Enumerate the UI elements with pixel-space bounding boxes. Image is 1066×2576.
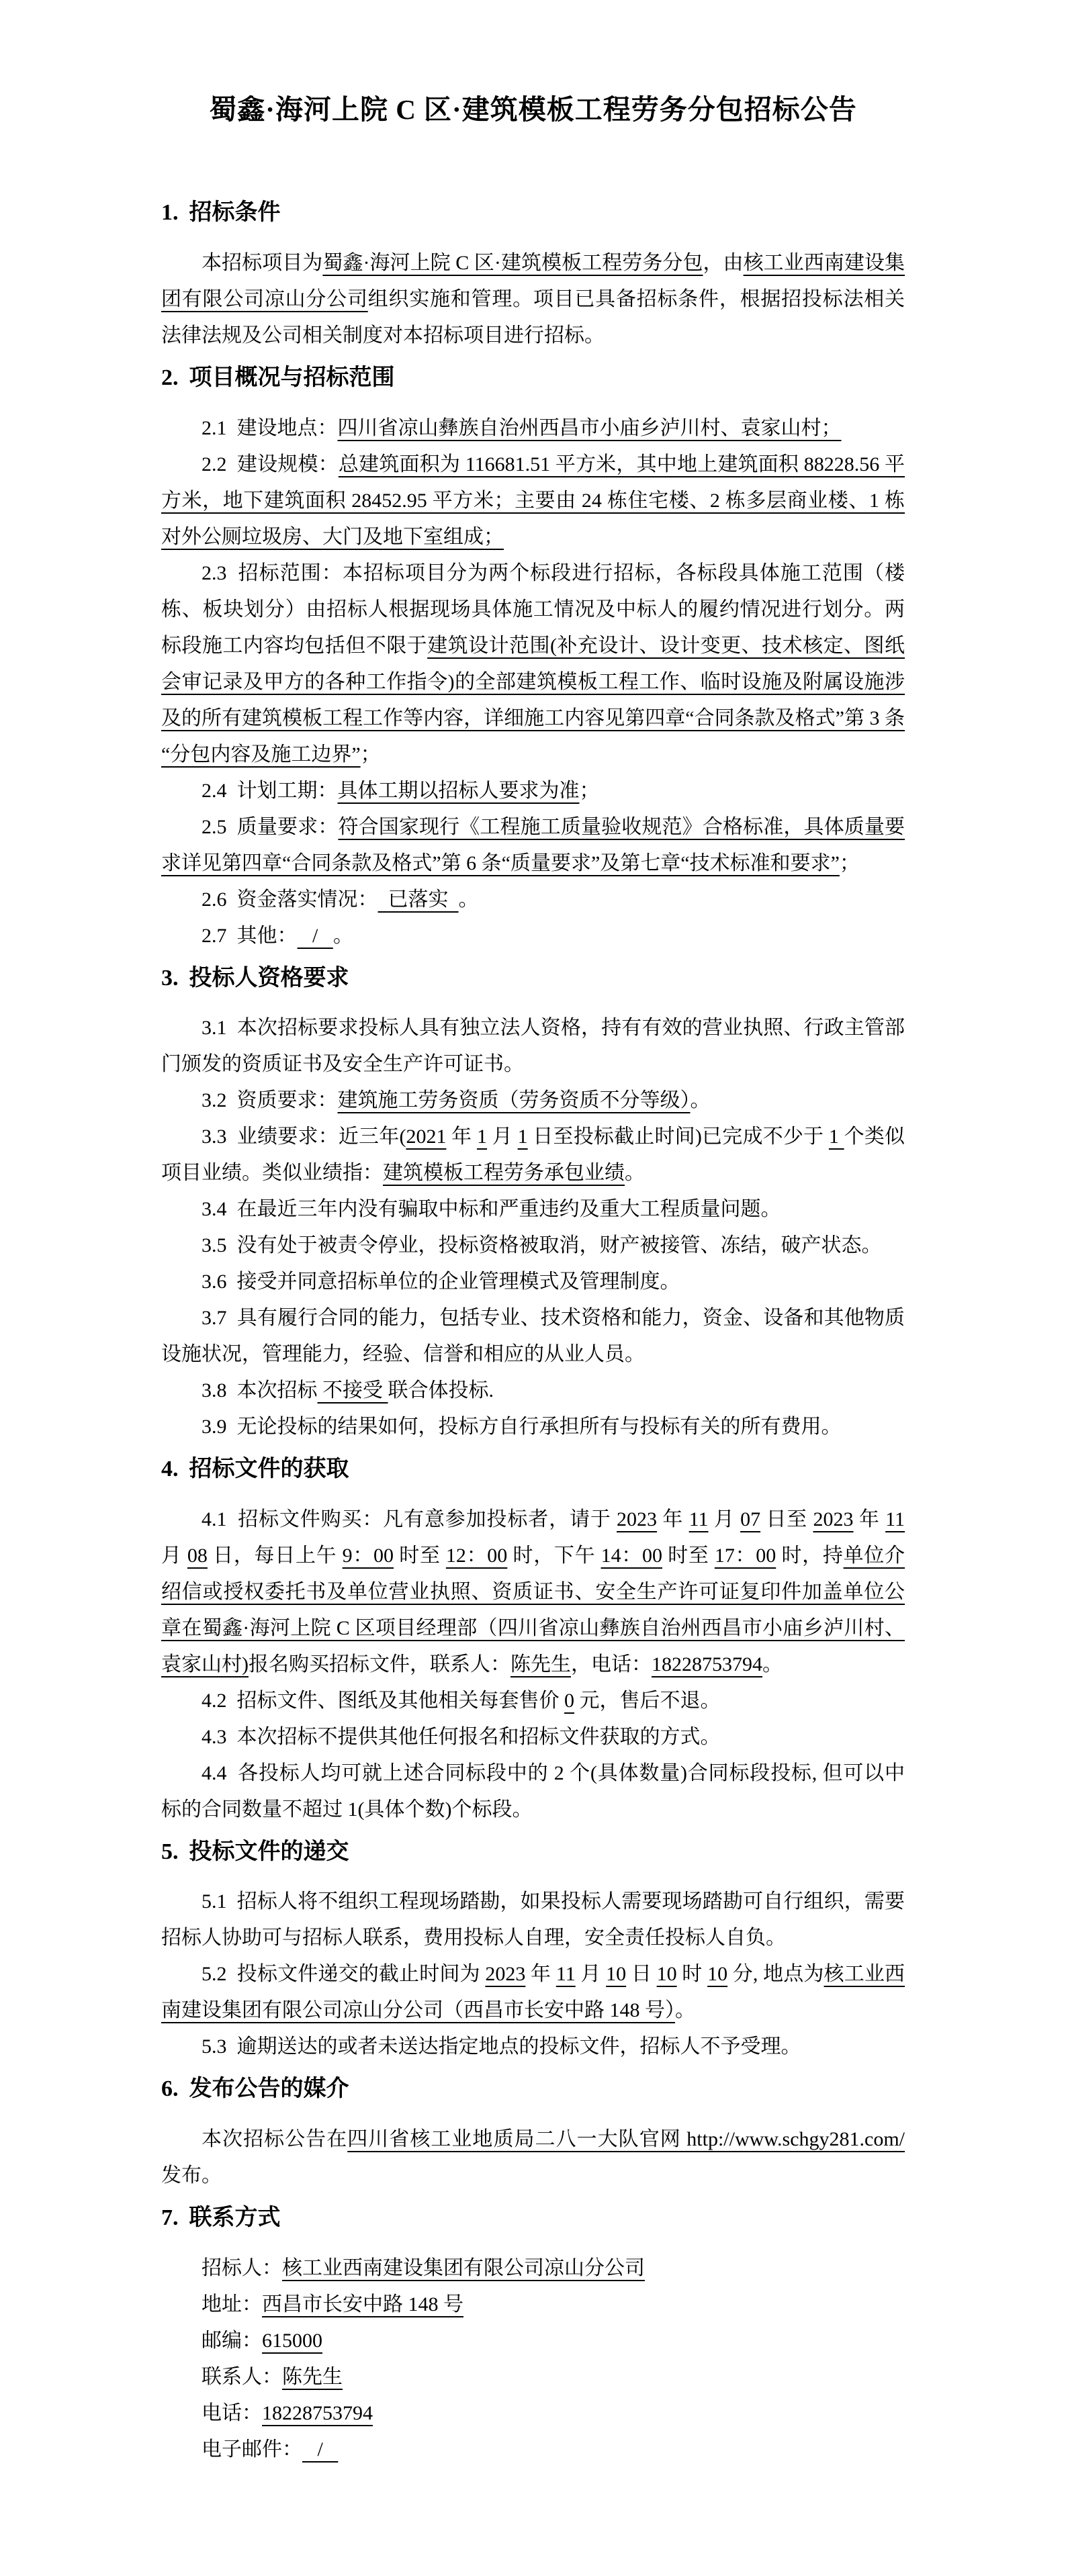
text-run: 。 bbox=[625, 1162, 645, 1184]
paragraph: 3.5 没有处于被责令停业，投标资格被取消，财产被接管、冻结，破产状态。 bbox=[161, 1228, 905, 1264]
underlined-text-run: 1 bbox=[829, 1125, 844, 1148]
text-run: 3.6 接受并同意招标单位的企业管理模式及管理制度。 bbox=[202, 1271, 680, 1293]
underlined-text-run: 12：00 bbox=[446, 1545, 507, 1567]
underlined-text-run: 1 bbox=[518, 1125, 528, 1148]
underlined-text-run: 9：00 bbox=[343, 1545, 394, 1567]
text-run: ； bbox=[361, 743, 381, 766]
text-run: 3.8 本次招标 bbox=[202, 1379, 318, 1401]
underlined-text-run: 11 bbox=[885, 1508, 905, 1530]
underlined-text-run: 2023 bbox=[813, 1508, 854, 1530]
paragraph: 3.7 具有履行合同的能力，包括专业、技术资格和能力，资金、设备和其他物质设施状… bbox=[161, 1300, 905, 1373]
document-body: 1.招标条件本招标项目为蜀鑫·海河上院 C 区·建筑模板工程劳务分包，由核工业西… bbox=[161, 197, 905, 2467]
text-run: 日，每日上午 bbox=[208, 1545, 343, 1567]
section-number: 4. bbox=[161, 1457, 179, 1481]
text-run: 。 bbox=[675, 1999, 695, 2021]
paragraph: 3.1 本次招标要求投标人具有独立法人资格，持有有效的营业执照、行政主管部门颁发… bbox=[161, 1010, 905, 1083]
underlined-text-run: 陈先生 bbox=[510, 1653, 571, 1675]
text-run: 地址： bbox=[202, 2293, 262, 2315]
text-run: 年 bbox=[446, 1125, 477, 1148]
paragraph: 电话：18228753794 bbox=[161, 2395, 905, 2432]
text-run: 月 bbox=[576, 1963, 606, 1985]
underlined-text-run: 2021 bbox=[406, 1125, 446, 1148]
text-run: ，由 bbox=[703, 252, 744, 274]
text-run: 3.3 业绩要求：近三年( bbox=[202, 1125, 406, 1148]
paragraph: 联系人：陈先生 bbox=[161, 2359, 905, 2395]
text-run: 元，售后不退。 bbox=[574, 1690, 721, 1712]
section-title: 招标条件 bbox=[189, 199, 281, 225]
section-heading: 4.招标文件的获取 bbox=[161, 1453, 905, 1485]
text-run: 3.2 资质要求： bbox=[202, 1089, 338, 1111]
text-run: 日 bbox=[626, 1963, 656, 1985]
section-title: 项目概况与招标范围 bbox=[189, 365, 395, 390]
text-run: 3.5 没有处于被责令停业，投标资格被取消，财产被接管、冻结，破产状态。 bbox=[202, 1234, 882, 1256]
paragraph: 邮编：615000 bbox=[161, 2323, 905, 2359]
paragraph: 4.1 招标文件购买：凡有意参加投标者，请于 2023 年 11 月 07 日至… bbox=[161, 1502, 905, 1683]
underlined-text-run: 1 bbox=[477, 1125, 487, 1148]
underlined-text-run: 已落实 bbox=[378, 888, 459, 911]
text-run: 报名购买招标文件，联系人： bbox=[249, 1653, 510, 1675]
underlined-text-run: / bbox=[298, 925, 333, 947]
underlined-text-run: 11 bbox=[556, 1963, 576, 1985]
underlined-text-run: 10 bbox=[606, 1963, 626, 1985]
underlined-text-run: 陈先生 bbox=[282, 2366, 343, 2388]
underlined-text-run: 18228753794 bbox=[262, 2402, 373, 2424]
underlined-text-run: 不接受 bbox=[318, 1379, 388, 1401]
paragraph: 2.5 质量要求：符合国家现行《工程施工质量验收规范》合格标准，具体质量要求详见… bbox=[161, 809, 905, 882]
section-heading: 6.发布公告的媒介 bbox=[161, 2073, 905, 2105]
text-run: 发布。 bbox=[161, 2164, 222, 2187]
paragraph: 2.4 计划工期：具体工期以招标人要求为准； bbox=[161, 773, 905, 809]
text-run: 。 bbox=[333, 925, 353, 947]
text-run: 5.3 逾期送达的或者未送达指定地点的投标文件，招标人不予受理。 bbox=[202, 2035, 801, 2058]
text-run: 时，下午 bbox=[507, 1545, 601, 1567]
text-run: 。 bbox=[691, 1089, 711, 1111]
section-number: 5. bbox=[161, 1839, 179, 1864]
underlined-text-run: 10 bbox=[657, 1963, 677, 1985]
paragraph: 电子邮件： / bbox=[161, 2432, 905, 2468]
text-run: 时至 bbox=[394, 1545, 446, 1567]
section-heading: 5.投标文件的递交 bbox=[161, 1836, 905, 1868]
section-title: 投标文件的递交 bbox=[189, 1839, 349, 1864]
text-run: ，电话： bbox=[571, 1653, 652, 1675]
text-run: 2.1 建设地点： bbox=[202, 417, 338, 439]
page-title: 蜀鑫·海河上院 C 区·建筑模板工程劳务分包招标公告 bbox=[161, 91, 905, 128]
paragraph: 3.8 本次招标 不接受 联合体投标. bbox=[161, 1373, 905, 1409]
paragraph: 本次招标公告在四川省核工业地质局二八一大队官网 http://www.schgy… bbox=[161, 2121, 905, 2194]
text-run: 联系人： bbox=[202, 2366, 282, 2388]
underlined-text-run: 11 bbox=[689, 1508, 709, 1530]
text-run: 电话： bbox=[202, 2402, 262, 2424]
underlined-text-run: 0 bbox=[564, 1690, 574, 1712]
paragraph: 2.2 建设规模：总建筑面积为 116681.51 平方米，其中地上建筑面积 8… bbox=[161, 447, 905, 555]
paragraph: 5.3 逾期送达的或者未送达指定地点的投标文件，招标人不予受理。 bbox=[161, 2029, 905, 2065]
text-run: 3.4 在最近三年内没有骗取中标和严重违约及重大工程质量问题。 bbox=[202, 1198, 781, 1220]
underlined-text-run: 四川省核工业地质局二八一大队官网 http://www.schgy281.com… bbox=[347, 2128, 905, 2150]
section-number: 1. bbox=[161, 200, 179, 225]
text-run: 电子邮件： bbox=[202, 2438, 302, 2460]
section-title: 联系方式 bbox=[189, 2205, 281, 2230]
text-run: 3.1 本次招标要求投标人具有独立法人资格，持有有效的营业执照、行政主管部门颁发… bbox=[161, 1017, 905, 1075]
underlined-text-run: 18228753794 bbox=[652, 1653, 762, 1675]
paragraph: 2.6 资金落实情况： 已落实 。 bbox=[161, 882, 905, 918]
section-title: 投标人资格要求 bbox=[189, 965, 349, 991]
text-run: ； bbox=[580, 780, 600, 802]
underlined-text-run: 615000 bbox=[262, 2330, 322, 2352]
paragraph: 4.2 招标文件、图纸及其他相关每套售价 0 元，售后不退。 bbox=[161, 1683, 905, 1719]
section-title: 发布公告的媒介 bbox=[189, 2076, 349, 2101]
text-run: 时至 bbox=[662, 1545, 715, 1567]
underlined-text-run: 具体工期以招标人要求为准 bbox=[338, 780, 580, 802]
text-run: ； bbox=[840, 852, 860, 874]
document-page: 蜀鑫·海河上院 C 区·建筑模板工程劳务分包招标公告 1.招标条件本招标项目为蜀… bbox=[0, 0, 1066, 2576]
section-heading: 2.项目概况与招标范围 bbox=[161, 362, 905, 394]
text-run: 4.3 本次招标不提供其他任何报名和招标文件获取的方式。 bbox=[202, 1726, 721, 1748]
text-run: 2.7 其他： bbox=[202, 925, 298, 947]
paragraph: 5.1 招标人将不组织工程现场踏勘，如果投标人需要现场踏勘可自行组织，需要招标人… bbox=[161, 1884, 905, 1956]
section-number: 6. bbox=[161, 2076, 179, 2101]
underlined-text-run: 建筑施工劳务资质（劳务资质不分等级） bbox=[338, 1089, 691, 1111]
text-run: 时 bbox=[677, 1963, 707, 1985]
underlined-text-run: 10 bbox=[707, 1963, 727, 1985]
underlined-text-run: / bbox=[302, 2438, 338, 2460]
text-run: 邮编： bbox=[202, 2330, 262, 2352]
text-run: 分, 地点为 bbox=[727, 1963, 824, 1985]
text-run: 。 bbox=[459, 888, 479, 911]
text-run: 2.2 建设规模： bbox=[202, 453, 339, 475]
paragraph: 地址：西昌市长安中路 148 号 bbox=[161, 2287, 905, 2323]
text-run: 招标人： bbox=[202, 2257, 282, 2279]
section-number: 3. bbox=[161, 966, 179, 991]
underlined-text-run: 西昌市长安中路 148 号 bbox=[262, 2293, 463, 2315]
text-run: 日至 bbox=[760, 1508, 813, 1530]
paragraph: 3.4 在最近三年内没有骗取中标和严重违约及重大工程质量问题。 bbox=[161, 1191, 905, 1228]
text-run: 5.2 投标文件递交的截止时间为 bbox=[202, 1963, 485, 1985]
paragraph: 2.1 建设地点：四川省凉山彝族自治州西昌市小庙乡泸川村、袁家山村； bbox=[161, 410, 905, 447]
text-run: 。 bbox=[762, 1653, 783, 1675]
paragraph: 4.4 各投标人均可就上述合同标段中的 2 个(具体数量)合同标段投标, 但可以… bbox=[161, 1755, 905, 1828]
paragraph: 2.3 招标范围：本招标项目分为两个标段进行招标，各标段具体施工范围（楼栋、板块… bbox=[161, 555, 905, 773]
underlined-text-run: 核工业西南建设集团有限公司凉山分公司 bbox=[282, 2257, 645, 2279]
section-number: 7. bbox=[161, 2205, 179, 2230]
paragraph: 3.6 接受并同意招标单位的企业管理模式及管理制度。 bbox=[161, 1264, 905, 1300]
text-run: 时，持 bbox=[776, 1545, 843, 1567]
text-run: 2.6 资金落实情况： bbox=[202, 888, 378, 911]
text-run: 2.4 计划工期： bbox=[202, 780, 338, 802]
text-run: 年 bbox=[525, 1963, 556, 1985]
text-run: 5.1 招标人将不组织工程现场踏勘，如果投标人需要现场踏勘可自行组织，需要招标人… bbox=[161, 1890, 905, 1949]
paragraph: 3.3 业绩要求：近三年(2021 年 1 月 1 日至投标截止时间)已完成不少… bbox=[161, 1119, 905, 1191]
text-run: 月 bbox=[709, 1508, 741, 1530]
text-run: 3.9 无论投标的结果如何，投标方自行承担所有与投标有关的所有费用。 bbox=[202, 1416, 842, 1438]
text-run: 年 bbox=[854, 1508, 886, 1530]
text-run: 本次招标公告在 bbox=[202, 2128, 347, 2150]
underlined-text-run: 08 bbox=[187, 1545, 208, 1567]
paragraph: 3.9 无论投标的结果如何，投标方自行承担所有与投标有关的所有费用。 bbox=[161, 1409, 905, 1445]
text-run: 2.5 质量要求： bbox=[202, 816, 338, 838]
paragraph: 3.2 资质要求：建筑施工劳务资质（劳务资质不分等级）。 bbox=[161, 1083, 905, 1119]
underlined-text-run: 建筑模板工程劳务承包业绩 bbox=[383, 1162, 625, 1184]
text-run: 3.7 具有履行合同的能力，包括专业、技术资格和能力，资金、设备和其他物质设施状… bbox=[161, 1307, 905, 1365]
underlined-text-run: 14：00 bbox=[601, 1545, 662, 1567]
text-run: 本招标项目为 bbox=[202, 252, 322, 274]
text-run: 4.4 各投标人均可就上述合同标段中的 2 个(具体数量)合同标段投标, 但可以… bbox=[161, 1762, 905, 1821]
paragraph: 本招标项目为蜀鑫·海河上院 C 区·建筑模板工程劳务分包，由核工业西南建设集团有… bbox=[161, 245, 905, 354]
text-run: 4.1 招标文件购买：凡有意参加投标者，请于 bbox=[202, 1508, 617, 1530]
paragraph: 5.2 投标文件递交的截止时间为 2023 年 11 月 10 日 10 时 1… bbox=[161, 1956, 905, 2029]
text-run: 4.2 招标文件、图纸及其他相关每套售价 bbox=[202, 1690, 564, 1712]
underlined-text-run: 07 bbox=[740, 1508, 760, 1530]
section-heading: 1.招标条件 bbox=[161, 197, 905, 229]
text-run: 月 bbox=[487, 1125, 518, 1148]
section-heading: 7.联系方式 bbox=[161, 2202, 905, 2234]
text-run: 年 bbox=[657, 1508, 689, 1530]
underlined-text-run: 2023 bbox=[617, 1508, 657, 1530]
section-number: 2. bbox=[161, 365, 179, 390]
text-run: 日至投标截止时间)已完成不少于 bbox=[528, 1125, 829, 1148]
paragraph: 4.3 本次招标不提供其他任何报名和招标文件获取的方式。 bbox=[161, 1719, 905, 1755]
section-title: 招标文件的获取 bbox=[189, 1456, 349, 1481]
paragraph: 2.7 其他： / 。 bbox=[161, 918, 905, 954]
text-run: 联合体投标. bbox=[388, 1379, 494, 1401]
underlined-text-run: 四川省凉山彝族自治州西昌市小庙乡泸川村、袁家山村； bbox=[338, 417, 842, 439]
underlined-text-run: 17：00 bbox=[715, 1545, 776, 1567]
underlined-text-run: 蜀鑫·海河上院 C 区·建筑模板工程劳务分包 bbox=[322, 252, 703, 274]
underlined-text-run: 2023 bbox=[485, 1963, 525, 1985]
paragraph: 招标人：核工业西南建设集团有限公司凉山分公司 bbox=[161, 2250, 905, 2287]
section-heading: 3.投标人资格要求 bbox=[161, 962, 905, 995]
